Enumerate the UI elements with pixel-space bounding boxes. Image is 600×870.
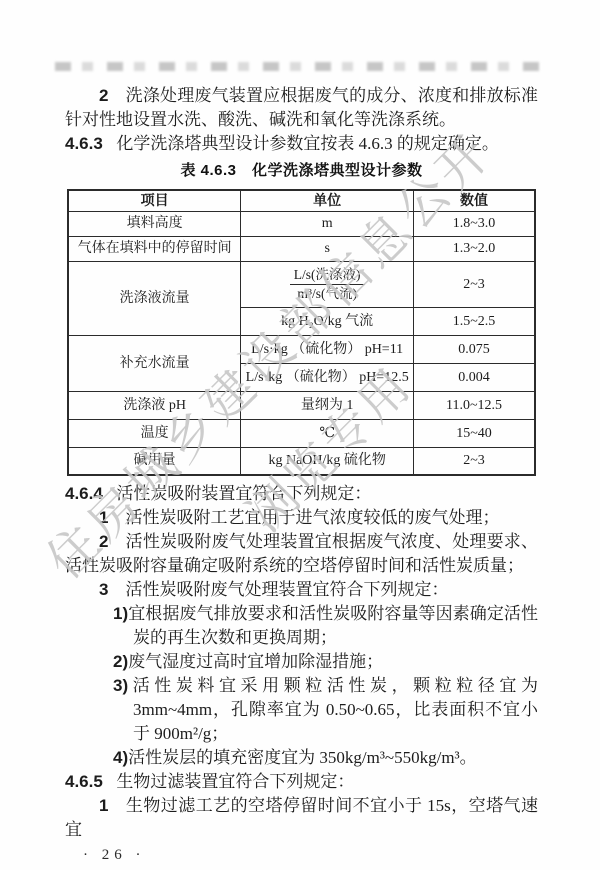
table-row: 洗涤液 pH 量纲为 1 11.0~12.5 [68,391,535,419]
list-item-paragraph: 1)宜根据废气排放要求和活性炭吸附容量等因素确定活性炭的再生次数和更换周期； [133,602,538,650]
header-value: 数值 [414,190,535,211]
table-header-row: 项目 单位 数值 [68,190,535,211]
list-item-paragraph: 2)废气湿度过高时宜增加除湿措施； [133,650,538,674]
cell-item: 碱用量 [68,447,241,475]
cell-value: 1.8~3.0 [414,211,535,236]
cell-value: 1.3~2.0 [414,236,535,261]
cell-value: 15~40 [414,419,535,447]
clause-text: 活性炭吸附工艺宜用于进气浓度较低的废气处理； [125,508,499,527]
page-content: 2洗涤处理废气装置应根据废气的成分、浓度和排放标准针对性地设置水洗、酸洗、碱洗和… [0,0,600,864]
list-number: 3) [113,676,128,695]
document-page: 2洗涤处理废气装置应根据废气的成分、浓度和排放标准针对性地设置水洗、酸洗、碱洗和… [0,0,600,870]
cell-value: 11.0~12.5 [414,391,535,419]
clause-paragraph: 2洗涤处理废气装置应根据废气的成分、浓度和排放标准针对性地设置水洗、酸洗、碱洗和… [65,84,538,132]
cell-value: 2~3 [414,447,535,475]
clause-paragraph: 2活性炭吸附废气处理装置宜根据废气浓度、处理要求、活性炭吸附容量确定吸附系统的空… [65,530,538,578]
list-item-paragraph: 4)活性炭层的填充密度宜为 350kg/m³~550kg/m³。 [133,746,538,770]
cell-unit: ℃ [241,419,414,447]
design-parameters-table: 项目 单位 数值 填料高度 m 1.8~3.0 气体在填料中的停留时间 s 1.… [67,189,536,476]
cell-item: 填料高度 [68,211,241,236]
cell-item: 温度 [68,419,241,447]
clause-text: 化学洗涤塔典型设计参数宜按表 4.6.3 的规定确定。 [116,134,499,153]
table-row: 气体在填料中的停留时间 s 1.3~2.0 [68,236,535,261]
fraction-denominator: m³/s(气流) [290,285,365,302]
list-text: 活性炭料宜采用颗粒活性炭，颗粒粒径宜为 3mm~4mm，孔隙率宜为 0.50~0… [128,676,538,743]
clause-number: 2 [99,532,108,551]
clause-number: 4.6.5 [65,772,103,791]
unit-fraction: L/s(洗涤液) m³/s(气流) [290,267,365,302]
list-text: 废气湿度过高时宜增加除湿措施； [128,652,383,671]
clause-number: 4.6.4 [65,484,103,503]
header-item: 项目 [68,190,241,211]
list-number: 1) [113,604,128,623]
cell-value: 1.5~2.5 [414,307,535,335]
list-text: 宜根据废气排放要求和活性炭吸附容量等因素确定活性炭的再生次数和更换周期； [128,604,538,647]
cell-unit: s [241,236,414,261]
cell-unit: m [241,211,414,236]
clause-number: 1 [99,796,108,815]
page-number: · 26 · [65,847,538,864]
clause-paragraph: 1活性炭吸附工艺宜用于进气浓度较低的废气处理； [65,506,538,530]
clause-paragraph: 1生物过滤工艺的空塔停留时间不宜小于 15s，空塔气速宜 [65,794,538,842]
clause-paragraph: 4.6.3化学洗涤塔典型设计参数宜按表 4.6.3 的规定确定。 [65,132,538,156]
clause-text: 活性炭吸附废气处理装置宜符合下列规定： [125,580,448,599]
list-number: 2) [113,652,128,671]
cell-unit: L/s·kg （硫化物） pH=12.5 [241,363,414,391]
cell-value: 0.004 [414,363,535,391]
clause-text: 活性炭吸附废气处理装置宜根据废气浓度、处理要求、活性炭吸附容量确定吸附系统的空塔… [65,532,538,575]
fraction-numerator: L/s(洗涤液) [290,267,365,285]
clause-text: 洗涤处理废气装置应根据废气的成分、浓度和排放标准针对性地设置水洗、酸洗、碱洗和氧… [65,86,538,129]
cell-item: 洗涤液 pH [68,391,241,419]
cell-value: 0.075 [414,335,535,363]
table-caption: 表 4.6.3 化学洗涤塔典型设计参数 [65,159,538,183]
cell-unit: kg NaOH/kg 硫化物 [241,447,414,475]
table-row: 补充水流量 L/s·kg （硫化物） pH=11 0.075 [68,335,535,363]
cell-unit: kg H₂O/kg 气流 [241,307,414,335]
list-text: 活性炭层的填充密度宜为 350kg/m³~550kg/m³。 [128,748,477,767]
clause-number: 2 [99,86,108,105]
header-unit: 单位 [241,190,414,211]
clause-number: 4.6.3 [65,134,103,153]
cell-unit: 量纲为 1 [241,391,414,419]
table-row: 温度 ℃ 15~40 [68,419,535,447]
clause-paragraph: 4.6.4活性炭吸附装置宜符合下列规定： [65,482,538,506]
cell-unit: L/s(洗涤液) m³/s(气流) [241,261,414,307]
cell-item: 洗涤液流量 [68,261,241,335]
clause-number: 1 [99,508,108,527]
list-number: 4) [113,748,128,767]
clause-text: 生物过滤工艺的空塔停留时间不宜小于 15s，空塔气速宜 [65,796,538,839]
list-item-paragraph: 3)活性炭料宜采用颗粒活性炭，颗粒粒径宜为 3mm~4mm，孔隙率宜为 0.50… [133,674,538,746]
clause-text: 生物过滤装置宜符合下列规定： [116,772,354,791]
cell-item: 补充水流量 [68,335,241,391]
clause-text: 活性炭吸附装置宜符合下列规定： [116,484,371,503]
table-row: 洗涤液流量 L/s(洗涤液) m³/s(气流) 2~3 [68,261,535,307]
cell-item: 气体在填料中的停留时间 [68,236,241,261]
table-row: 碱用量 kg NaOH/kg 硫化物 2~3 [68,447,535,475]
clause-number: 3 [99,580,108,599]
clause-paragraph: 3活性炭吸附废气处理装置宜符合下列规定： [65,578,538,602]
clause-paragraph: 4.6.5生物过滤装置宜符合下列规定： [65,770,538,794]
cell-unit: L/s·kg （硫化物） pH=11 [241,335,414,363]
table-row: 填料高度 m 1.8~3.0 [68,211,535,236]
cell-value: 2~3 [414,261,535,307]
